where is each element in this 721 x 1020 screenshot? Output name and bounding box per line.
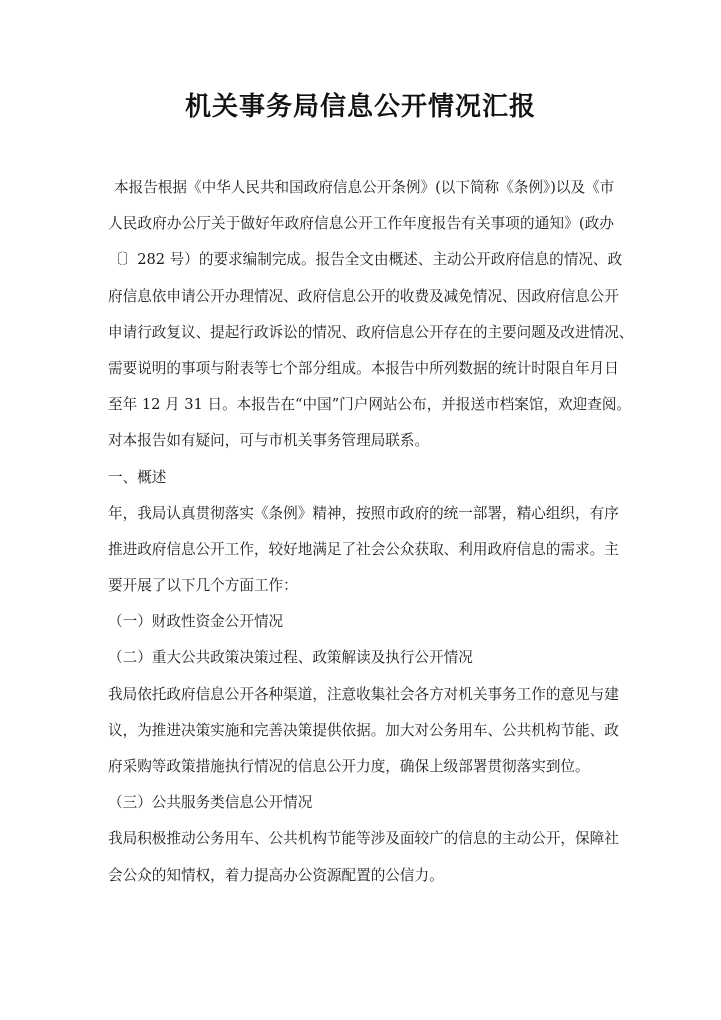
intro-line: 至年 12 月 31 日。本报告在“中国”门户网站公布，并报送市档案馆，欢迎查阅… bbox=[108, 387, 614, 423]
overview-line: 要开展了以下几个方面工作： bbox=[108, 568, 614, 604]
intro-line: 需要说明的事项与附表等七个部分组成。本报告中所列数据的统计时限自年月日 bbox=[108, 351, 614, 387]
policy-line: 我局依托政府信息公开各种渠道，注意收集社会各方对机关事务工作的意见与建 bbox=[108, 677, 614, 713]
subsection-heading-policy-decisions: （二）重大公共政策决策过程、政策解读及执行公开情况 bbox=[108, 640, 614, 676]
subsection-heading-public-services: （三）公共服务类信息公开情况 bbox=[108, 785, 614, 821]
intro-line: 人民政府办公厅关于做好年政府信息公开工作年度报告有关事项的通知》(政办 bbox=[108, 206, 614, 242]
section-heading-overview: 一、概述 bbox=[108, 460, 614, 496]
intro-line: 府信息依申请公开办理情况、政府信息公开的收费及减免情况、因政府信息公开 bbox=[108, 279, 614, 315]
public-services-line: 我局积极推动公务用车、公共机构节能等涉及面较广的信息的主动公开，保障社 bbox=[108, 821, 614, 857]
overview-line: 推进政府信息公开工作，较好地满足了社会公众获取、利用政府信息的需求。主 bbox=[108, 532, 614, 568]
public-services-line: 会公众的知情权，着力提高办公资源配置的公信力。 bbox=[108, 858, 614, 894]
intro-line: 申请行政复议、提起行政诉讼的情况、政府信息公开存在的主要问题及改进情况、 bbox=[108, 315, 614, 351]
document-page: 机关事务局信息公开情况汇报 本报告根据《中华人民共和国政府信息公开条例》(以下简… bbox=[0, 0, 721, 1020]
intro-line: 对本报告如有疑问，可与市机关事务管理局联系。 bbox=[108, 423, 614, 459]
intro-line: 本报告根据《中华人民共和国政府信息公开条例》(以下简称《条例》)以及《市 bbox=[108, 170, 614, 206]
document-body: 本报告根据《中华人民共和国政府信息公开条例》(以下简称《条例》)以及《市 人民政… bbox=[108, 170, 614, 894]
intro-line: 〔〕282 号）的要求编制完成。报告全文由概述、主动公开政府信息的情况、政 bbox=[108, 242, 614, 278]
subsection-heading-fiscal-funds: （一）财政性资金公开情况 bbox=[108, 604, 614, 640]
overview-line: 年，我局认真贯彻落实《条例》精神，按照市政府的统一部署，精心组织，有序 bbox=[108, 496, 614, 532]
policy-line: 议，为推进决策实施和完善决策提供依据。加大对公务用车、公共机构节能、政 bbox=[108, 713, 614, 749]
policy-line: 府采购等政策措施执行情况的信息公开力度，确保上级部署贯彻落实到位。 bbox=[108, 749, 614, 785]
document-title: 机关事务局信息公开情况汇报 bbox=[0, 88, 721, 126]
